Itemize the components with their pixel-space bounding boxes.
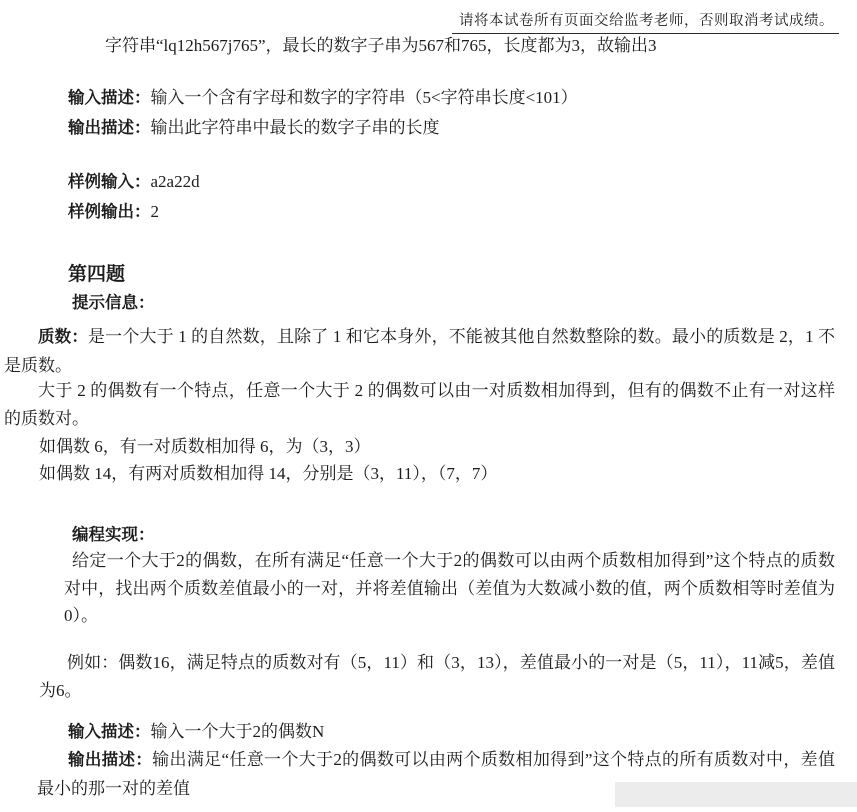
output-desc-label: 输出描述：: [68, 119, 151, 137]
problem4-example-16: 例如：偶数16，满足特点的质数对有（5，11）和（3，13），差值最小的一对是（…: [39, 649, 835, 704]
problem3-sample-input: 样例输入：a2a22d: [68, 168, 200, 197]
problem3-explanation: 字符串“lq12h567j765”，最长的数字子串为567和765，长度都为3，…: [105, 32, 657, 60]
input-desc-label: 输入描述：: [68, 723, 151, 741]
sample-output-value: 2: [151, 202, 160, 221]
problem4-programming-label: 编程实现：: [72, 522, 155, 550]
problem3-output-desc: 输出描述：输出此字符串中最长的数字子串的长度: [68, 114, 440, 143]
problem3-input-desc: 输入描述：输入一个含有字母和数字的字符串（5<字符串长度<101）: [68, 84, 578, 113]
problem3-sample-output: 样例输出：2: [68, 198, 159, 227]
exam-document-page: 请将本试卷所有页面交给监考老师，否则取消考试成绩。 字符串“lq12h567j7…: [0, 0, 857, 812]
header-notice: 请将本试卷所有页面交给监考老师，否则取消考试成绩。: [452, 12, 839, 34]
problem4-example-6: 如偶数 6，有一对质数相加得 6，为（3，3）: [39, 433, 371, 461]
input-desc-text: 输入一个含有字母和数字的字符串（5<字符串长度<101）: [151, 88, 578, 107]
problem4-input-desc: 输入描述：输入一个大于2的偶数N: [37, 718, 835, 747]
prime-label: 质数：: [38, 328, 88, 346]
problem4-task: 给定一个大于2的偶数，在所有满足“任意一个大于2的偶数可以由两个质数相加得到”这…: [64, 547, 835, 630]
sample-input-value: a2a22d: [151, 172, 200, 191]
prime-text: 是一个大于 1 的自然数，且除了 1 和它本身外，不能被其他自然数整除的数。最小…: [4, 327, 835, 375]
problem4-title: 第四题: [68, 261, 125, 289]
gray-highlight-artifact: [615, 782, 857, 807]
input-desc-text: 输入一个大于2的偶数N: [151, 722, 325, 741]
problem4-hint-label: 提示信息：: [72, 290, 155, 318]
problem4-goldbach-note: 大于 2 的偶数有一个特点，任意一个大于 2 的偶数可以由一对质数相加得到，但有…: [4, 377, 835, 432]
input-desc-label: 输入描述：: [68, 89, 151, 107]
problem4-example-14: 如偶数 14，有两对质数相加得 14，分别是（3，11），（7，7）: [39, 460, 497, 488]
sample-output-label: 样例输出：: [68, 203, 151, 221]
output-desc-label: 输出描述：: [68, 751, 152, 769]
sample-input-label: 样例输入：: [68, 173, 151, 191]
output-desc-text: 输出此字符串中最长的数字子串的长度: [151, 118, 440, 137]
problem4-prime-definition: 质数：是一个大于 1 的自然数，且除了 1 和它本身外，不能被其他自然数整除的数…: [4, 323, 835, 379]
